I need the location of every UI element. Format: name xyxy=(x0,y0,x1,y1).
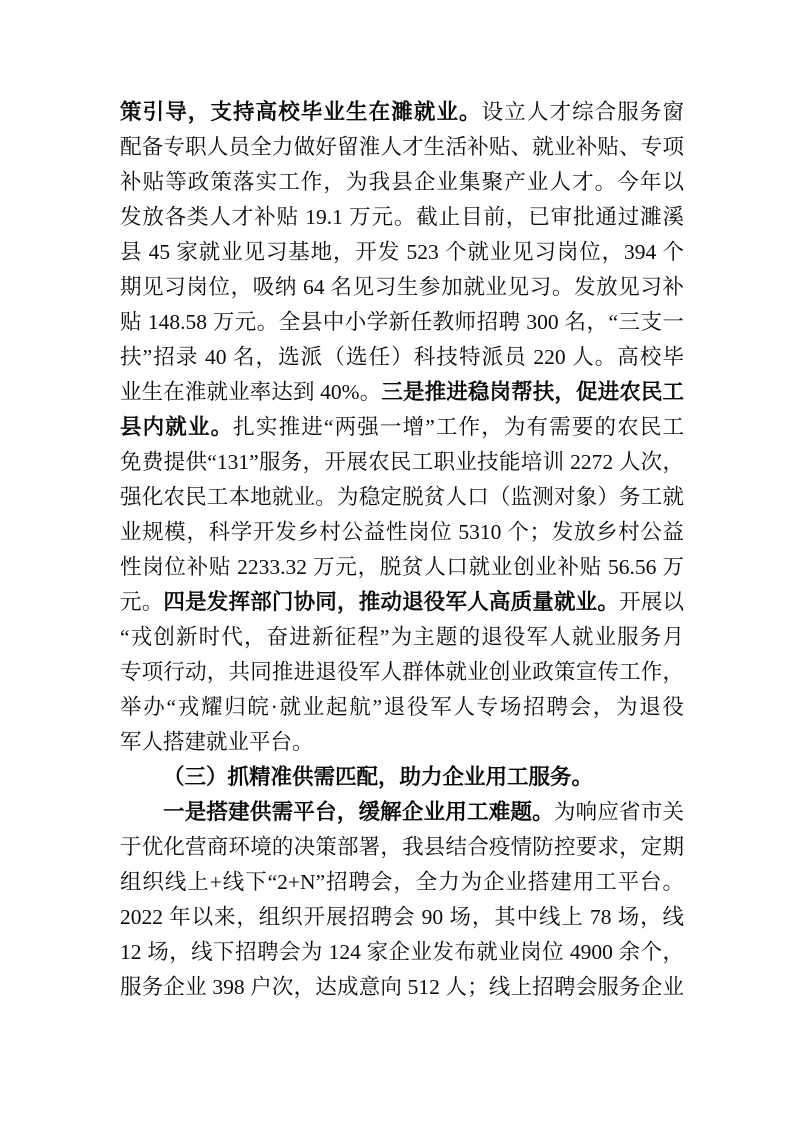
text-line: 业生在淮就业率达到 40%。三是推进稳岗帮扶，促进农民工 xyxy=(120,375,684,410)
text-line: 补贴等政策落实工作，为我县企业集聚产业人才。今年以来， xyxy=(120,165,684,200)
text-segment: 为响应省市关 xyxy=(554,800,684,824)
text-segment: 免费提供“131”服务，开展农民工职业技能培训 2272 人次， xyxy=(120,450,684,474)
text-segment: 性岗位补贴 2233.32 万元，脱贫人口就业创业补贴 56.56 万 xyxy=(120,555,684,579)
text-line: 2022 年以来，组织开展招聘会 90 场，其中线上 78 场，线下 xyxy=(120,900,684,935)
text-segment: 县内就业。 xyxy=(120,415,233,439)
text-segment: “戎创新时代，奋进新征程”为主题的退役军人就业服务月 xyxy=(120,625,684,649)
text-line: 期见习岗位，吸纳 64 名见习生参加就业见习。发放见习补 xyxy=(120,270,684,305)
text-segment: 期见习岗位，吸纳 64 名见习生参加就业见习。发放见习补 xyxy=(120,275,684,299)
document-text-block: 策引导，支持高校毕业生在濉就业。设立人才综合服务窗口，配备专职人员全力做好留淮人… xyxy=(120,95,684,1005)
text-line: 12 场，线下招聘会为 124 家企业发布就业岗位 4900 余个， xyxy=(120,935,684,970)
text-line: 贴 148.58 万元。全县中小学新任教师招聘 300 名，“三支一 xyxy=(120,305,684,340)
text-segment: 扶”招录 40 名，选派（选任）科技特派员 220 人。高校毕 xyxy=(120,345,684,369)
text-segment: 一是搭建供需平台，缓解企业用工难题。 xyxy=(163,800,554,824)
text-line: “戎创新时代，奋进新征程”为主题的退役军人就业服务月 xyxy=(120,620,684,655)
text-segment: 扎实推进“两强一增”工作，为有需要的农民工 xyxy=(233,415,684,439)
text-line: 专项行动，共同推进退役军人群体就业创业政策宣传工作， xyxy=(120,655,684,690)
text-line: 一是搭建供需平台，缓解企业用工难题。为响应省市关 xyxy=(120,795,684,830)
text-segment: 业生在淮就业率达到 40%。 xyxy=(120,380,381,404)
text-segment: 组织线上+线下“2+N”招聘会，全力为企业搭建用工平台。 xyxy=(120,870,684,894)
text-segment: 2022 年以来，组织开展招聘会 90 场，其中线上 78 场，线下 xyxy=(120,905,684,935)
text-segment: 配备专职人员全力做好留淮人才生活补贴、就业补贴、专项 xyxy=(120,135,684,159)
text-line: 免费提供“131”服务，开展农民工职业技能培训 2272 人次， xyxy=(120,445,684,480)
text-segment: 业规模，科学开发乡村公益性岗位 5310 个；发放乡村公益 xyxy=(120,520,684,544)
text-line: 于优化营商环境的决策部署，我县结合疫情防控要求，定期 xyxy=(120,830,684,865)
text-line: 性岗位补贴 2233.32 万元，脱贫人口就业创业补贴 56.56 万 xyxy=(120,550,684,585)
text-line: 元。四是发挥部门协同，推动退役军人高质量就业。开展以 xyxy=(120,585,684,620)
text-segment: 县 45 家就业见习基地，开发 523 个就业见习岗位，394 个短 xyxy=(120,240,684,270)
text-line: 县 45 家就业见习基地，开发 523 个就业见习岗位，394 个短 xyxy=(120,235,684,270)
text-segment: 强化农民工本地就业。为稳定脱贫人口（监测对象）务工就 xyxy=(120,485,684,509)
text-line: 发放各类人才补贴 19.1 万元。截止目前，已审批通过濉溪 xyxy=(120,200,684,235)
text-segment: 开展以 xyxy=(619,590,684,614)
text-segment: 发放各类人才补贴 19.1 万元。截止目前，已审批通过濉溪 xyxy=(120,205,684,229)
text-line: 县内就业。扎实推进“两强一增”工作，为有需要的农民工 xyxy=(120,410,684,445)
text-segment: 12 场，线下招聘会为 124 家企业发布就业岗位 4900 余个， xyxy=(120,940,684,964)
text-segment: 元。 xyxy=(120,590,163,614)
document-page: 策引导，支持高校毕业生在濉就业。设立人才综合服务窗口，配备专职人员全力做好留淮人… xyxy=(0,0,793,1122)
text-line: 业规模，科学开发乡村公益性岗位 5310 个；发放乡村公益 xyxy=(120,515,684,550)
text-segment: （三）抓精准供需匹配，助力企业用工服务。 xyxy=(163,765,593,789)
text-segment: 服务企业 398 户次，达成意向 512 人；线上招聘会服务企业 xyxy=(120,975,684,999)
text-line: 军人搭建就业平台。 xyxy=(120,725,684,760)
text-line: 强化农民工本地就业。为稳定脱贫人口（监测对象）务工就 xyxy=(120,480,684,515)
text-segment: 于优化营商环境的决策部署，我县结合疫情防控要求，定期 xyxy=(120,835,684,859)
text-line: 服务企业 398 户次，达成意向 512 人；线上招聘会服务企业 xyxy=(120,970,684,1005)
text-line: 举办“戎耀归皖·就业起航”退役军人专场招聘会，为退役 xyxy=(120,690,684,725)
text-line: 扶”招录 40 名，选派（选任）科技特派员 220 人。高校毕 xyxy=(120,340,684,375)
text-segment: 策引导，支持高校毕业生在濉就业。 xyxy=(120,100,482,124)
text-segment: 军人搭建就业平台。 xyxy=(120,730,314,754)
text-segment: 贴 148.58 万元。全县中小学新任教师招聘 300 名，“三支一 xyxy=(120,310,684,334)
text-segment: 四是发挥部门协同，推动退役军人高质量就业。 xyxy=(163,590,619,614)
text-segment: 三是推进稳岗帮扶，促进农民工 xyxy=(381,380,684,404)
text-line: 配备专职人员全力做好留淮人才生活补贴、就业补贴、专项 xyxy=(120,130,684,165)
text-line: 组织线上+线下“2+N”招聘会，全力为企业搭建用工平台。 xyxy=(120,865,684,900)
text-line: 策引导，支持高校毕业生在濉就业。设立人才综合服务窗口， xyxy=(120,95,684,130)
text-segment: 专项行动，共同推进退役军人群体就业创业政策宣传工作， xyxy=(120,660,684,684)
text-line: （三）抓精准供需匹配，助力企业用工服务。 xyxy=(120,760,684,795)
text-segment: 举办“戎耀归皖·就业起航”退役军人专场招聘会，为退役 xyxy=(120,695,684,719)
text-segment: 补贴等政策落实工作，为我县企业集聚产业人才。今年以来， xyxy=(120,170,684,200)
